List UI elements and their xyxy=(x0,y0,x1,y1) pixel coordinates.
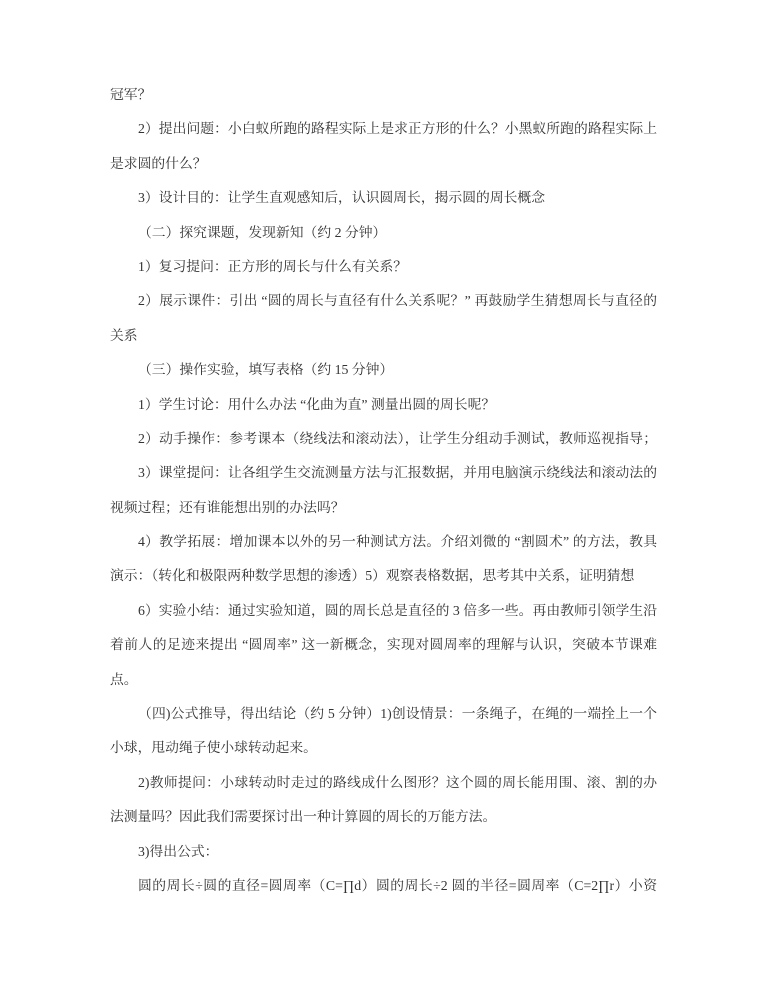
lesson-plan-text: 冠军？2）提出问题：小白蚁所跑的路程实际上是求正方形的什么？小黑蚁所跑的路程实际… xyxy=(110,78,657,903)
text-line: 冠军？ xyxy=(110,78,657,112)
text-line: 2)教师提问：小球转动时走过的路线成什么图形？这个圆的周长能用围、滚、割的办 xyxy=(110,766,657,800)
document-page: 冠军？2）提出问题：小白蚁所跑的路程实际上是求正方形的什么？小黑蚁所跑的路程实际… xyxy=(0,0,770,1000)
text-line: 小球，甩动绳子使小球转动起来。 xyxy=(110,731,657,765)
text-line: 3）设计目的：让学生直观感知后，认识圆周长，揭示圆的周长概念 xyxy=(110,181,657,215)
text-line: 着前人的足迹来提出 “圆周率” 这一新概念，实现对圆周率的理解与认识，突破本节课… xyxy=(110,628,657,662)
text-line: 3)得出公式： xyxy=(110,835,657,869)
text-line: （四)公式推导，得出结论（约 5 分钟）1)创设情景：一条绳子，在绳的一端拴上一… xyxy=(110,697,657,731)
text-line: 6）实验小结：通过实验知道，圆的周长总是直径的 3 倍多一些。再由教师引领学生沿 xyxy=(110,594,657,628)
text-line: 3）课堂提问：让各组学生交流测量方法与汇报数据，并用电脑演示绕线法和滚动法的 xyxy=(110,456,657,490)
text-line: （二）探究课题，发现新知（约 2 分钟） xyxy=(110,216,657,250)
text-line: 视频过程；还有谁能想出别的办法吗？ xyxy=(110,491,657,525)
text-line: 4）教学拓展：增加课本以外的另一种测试方法。介绍刘微的 “割圆术” 的方法，教具 xyxy=(110,525,657,559)
text-line: 2）展示课件：引出 “圆的周长与直径有什么关系呢？” 再鼓励学生猜想周长与直径的 xyxy=(110,284,657,318)
text-line: 关系 xyxy=(110,319,657,353)
text-line: 是求圆的什么？ xyxy=(110,147,657,181)
text-line: （三）操作实验，填写表格（约 15 分钟） xyxy=(110,353,657,387)
text-line: 圆的周长÷圆的直径=圆周率（C=∏d）圆的周长÷2 圆的半径=圆周率（C=2∏r… xyxy=(110,869,657,903)
text-line: 点。 xyxy=(110,663,657,697)
text-line: 1）复习提问：正方形的周长与什么有关系？ xyxy=(110,250,657,284)
text-line: 法测量吗？因此我们需要探讨出一种计算圆的周长的万能方法。 xyxy=(110,800,657,834)
text-line: 2）提出问题：小白蚁所跑的路程实际上是求正方形的什么？小黑蚁所跑的路程实际上 xyxy=(110,112,657,146)
text-line: 演示：（转化和极限两种数学思想的渗透）5）观察表格数据，思考其中关系，证明猜想 xyxy=(110,559,657,593)
text-line: 1）学生讨论：用什么办法 “化曲为直” 测量出圆的周长呢？ xyxy=(110,388,657,422)
text-line: 2）动手操作：参考课本（绕线法和滚动法），让学生分组动手测试，教师巡视指导； xyxy=(110,422,657,456)
